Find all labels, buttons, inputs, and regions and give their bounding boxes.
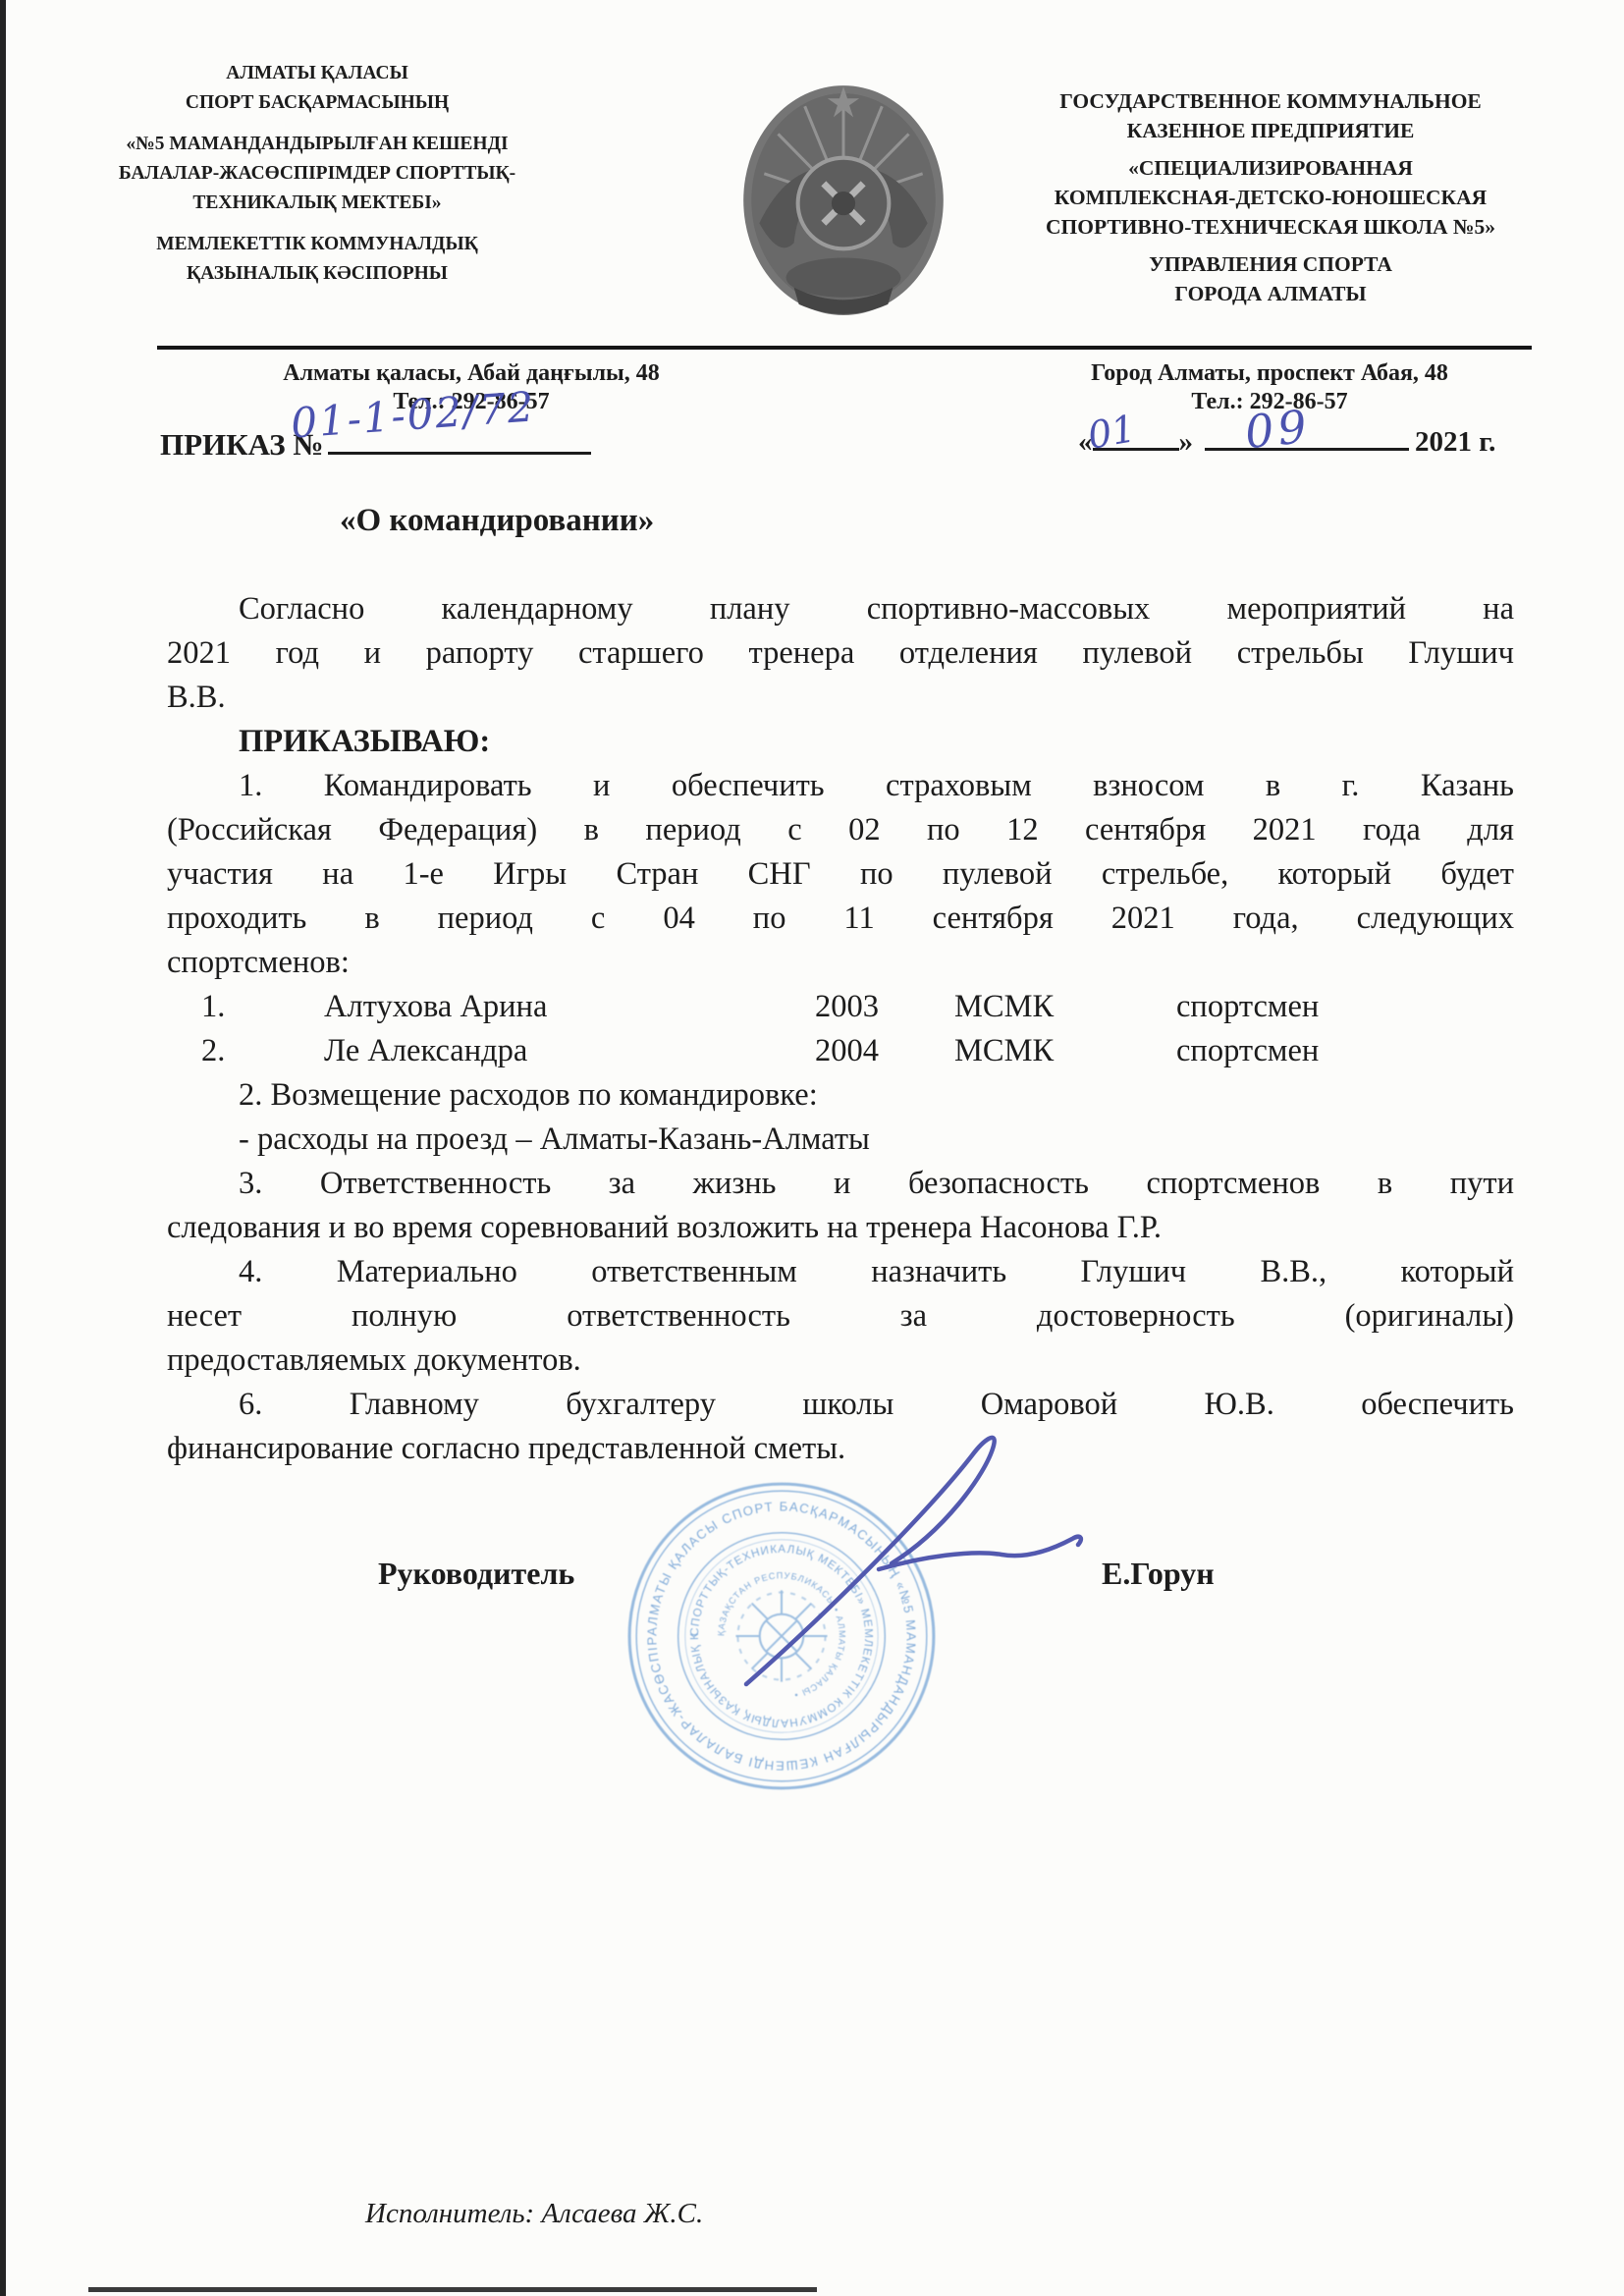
org-line: ТЕХНИКАЛЫҚ МЕКТЕБІ» (116, 189, 518, 218)
item1-line: проходить в период с 04 по 11 сентября 2… (167, 897, 1514, 941)
item4-line: 4. Материально ответственным назначить Г… (167, 1250, 1514, 1294)
signer-role: Руководитель (378, 1556, 574, 1592)
athlete-rank: МСМК (954, 985, 1054, 1029)
athlete-number: 2. (201, 1029, 225, 1073)
date-day-handwritten: 01 (1085, 407, 1139, 458)
order-body: Согласно календарному плану спортивно-ма… (167, 587, 1514, 1471)
item4-line: несет полную ответственность за достовер… (167, 1294, 1514, 1339)
org-line: АЛМАТЫ ҚАЛАСЫ (116, 59, 518, 88)
athlete-role: спортсмен (1176, 1029, 1319, 1073)
close-quote: » (1179, 426, 1194, 458)
org-line: КОМПЛЕКСНАЯ-ДЕТСКО-ЮНОШЕСКАЯ (990, 183, 1551, 212)
athlete-number: 1. (201, 985, 225, 1029)
org-name-kazakh: АЛМАТЫ ҚАЛАСЫ СПОРТ БАСҚАРМАСЫНЫҢ «№5 МА… (116, 59, 518, 289)
athlete-rank: МСМК (954, 1029, 1054, 1073)
org-line: ҚАЗЫНАЛЫҚ КӘСІПОРНЫ (116, 259, 518, 289)
scan-edge-left-artifact (0, 0, 6, 2296)
intro-line: В.В. (167, 676, 1514, 720)
athlete-row: 2. Ле Александра 2004 МСМК спортсмен (167, 1029, 1514, 1073)
org-name-russian: ГОСУДАРСТВЕННОЕ КОММУНАЛЬНОЕ КАЗЕННОЕ ПР… (990, 86, 1551, 308)
item2-line: 2. Возмещение расходов по командировке: (167, 1073, 1514, 1118)
signer-name: Е.Горун (1102, 1556, 1215, 1592)
org-line: СПОРТИВНО-ТЕХНИЧЕСКАЯ ШКОЛА №5» (990, 212, 1551, 242)
scan-edge-bottom-artifact (88, 2287, 817, 2292)
item1-line: спортсменов: (167, 941, 1514, 985)
org-line: МЕМЛЕКЕТТІК КОММУНАЛДЫҚ (116, 230, 518, 259)
document-title: «О командировании» (340, 503, 654, 539)
item1-line: (Российская Федерация) в период с 02 по … (167, 808, 1514, 852)
item3-line: следования и во время соревнований возло… (167, 1206, 1514, 1250)
org-line: «№5 МАМАНДАНДЫРЫЛҒАН КЕШЕНДІ (116, 130, 518, 159)
item3-line: 3. Ответственность за жизнь и безопаснос… (167, 1162, 1514, 1206)
athlete-name: Ле Александра (324, 1029, 527, 1073)
date-year: 2021 г. (1415, 426, 1495, 458)
handwritten-signature (677, 1394, 1100, 1787)
org-line: УПРАВЛЕНИЯ СПОРТА (990, 249, 1551, 279)
date-month-handwritten: 09 (1242, 400, 1313, 460)
executor-line: Исполнитель: Алсаева Ж.С. (365, 2198, 703, 2230)
org-line: БАЛАЛАР-ЖАСӨСПІРІМДЕР СПОРТТЫҚ- (116, 159, 518, 189)
header-divider-rule (157, 346, 1532, 350)
athlete-row: 1. Алтухова Арина 2003 МСМК спортсмен (167, 985, 1514, 1029)
address-line: Алматы қаласы, Абай даңғылы, 48 (196, 359, 746, 388)
org-line: ГОСУДАРСТВЕННОЕ КОММУНАЛЬНОЕ (990, 86, 1551, 116)
athlete-name: Алтухова Арина (324, 985, 547, 1029)
item2a-line: - расходы на проезд – Алматы-Казань-Алма… (167, 1118, 1514, 1162)
intro-line: Согласно календарному плану спортивно-ма… (167, 587, 1514, 631)
item1-line: участия на 1-е Игры Стран СНГ по пулевой… (167, 852, 1514, 897)
item1-line: 1. Командировать и обеспечить страховым … (167, 764, 1514, 808)
org-line: КАЗЕННОЕ ПРЕДПРИЯТИЕ (990, 116, 1551, 145)
org-line: СПОРТ БАСҚАРМАСЫНЫҢ (116, 88, 518, 118)
athlete-role: спортсмен (1176, 985, 1319, 1029)
item4-line: предоставляемых документов. (167, 1339, 1514, 1383)
document-page: АЛМАТЫ ҚАЛАСЫ СПОРТ БАСҚАРМАСЫНЫҢ «№5 МА… (0, 0, 1624, 2296)
intro-line: 2021 год и рапорту старшего тренера отде… (167, 631, 1514, 676)
org-line: ГОРОДА АЛМАТЫ (990, 279, 1551, 308)
decree-heading: ПРИКАЗЫВАЮ: (167, 720, 1514, 764)
address-line: Город Алматы, проспект Абая, 48 (995, 359, 1544, 388)
athlete-birth-year: 2004 (815, 1029, 879, 1073)
kazakhstan-coat-of-arms-icon (738, 75, 948, 322)
org-line: «СПЕЦИАЛИЗИРОВАННАЯ (990, 153, 1551, 183)
athlete-birth-year: 2003 (815, 985, 879, 1029)
